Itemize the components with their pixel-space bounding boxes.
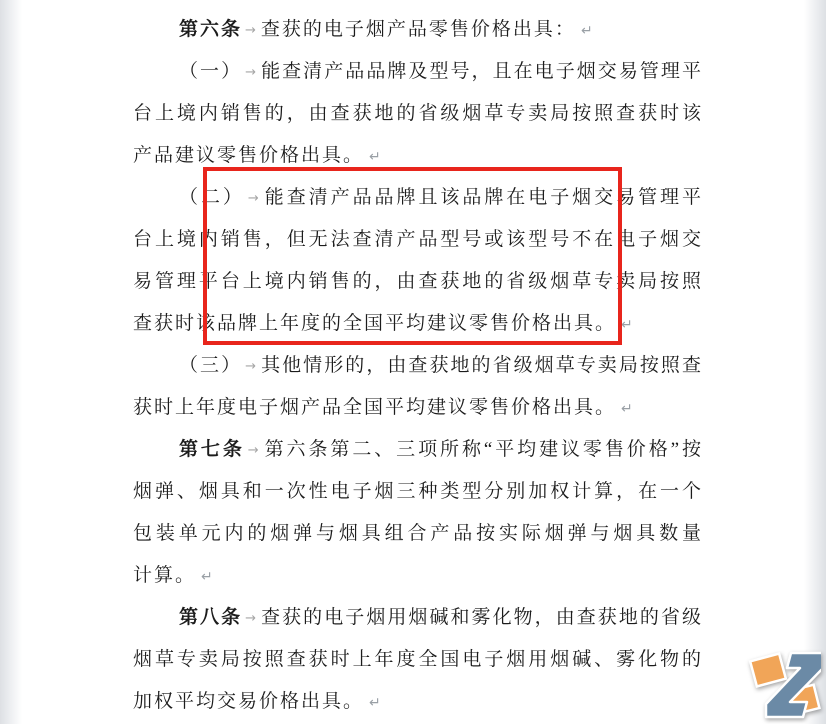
doc-line-article-7: 第七条→第六条第二、三项所称“平均建议零售价格”按 [133, 429, 703, 471]
paragraph-mark-icon: ↵ [364, 149, 381, 165]
tab-arrow-icon: → [242, 359, 261, 374]
doc-line: 计算。↵ [133, 555, 703, 597]
document-text-block: 第六条→查获的电子烟产品零售价格出具：↵ （一）→能查清产品品牌及型号，且在电子… [133, 9, 703, 723]
doc-line: （三）→其他情形的，由查获地的省级烟草专卖局按照查 [133, 345, 703, 387]
doc-line: 包装单元内的烟弹与烟具组合产品按实际烟弹与烟具数量 [133, 513, 703, 555]
line-text: 查获的电子烟产品零售价格出具： [261, 19, 576, 40]
doc-line-article-8: 第八条→查获的电子烟用烟碱和雾化物，由查获地的省级 [133, 597, 703, 639]
article-number: 第八条 [179, 607, 242, 628]
document-page: { "page": { "background": "#ffffff", "ed… [0, 0, 826, 724]
line-text: 其他情形的，由查获地的省级烟草专卖局按照查 [261, 355, 703, 376]
tab-arrow-icon: → [245, 443, 264, 458]
paragraph-mark-icon: ↵ [576, 23, 593, 39]
line-text: 第六条第二、三项所称“平均建议零售价格”按 [264, 439, 703, 460]
line-text: 包装单元内的烟弹与烟具组合产品按实际烟弹与烟具数量 [133, 523, 703, 544]
doc-line: 加权平均交易价格出具。↵ [133, 681, 703, 723]
line-text: 产品建议零售价格出具。 [133, 145, 364, 166]
clause-number: （一） [179, 61, 242, 82]
article-number: 第七条 [179, 439, 245, 460]
line-text: 加权平均交易价格出具。 [133, 691, 364, 712]
page-edge-left [0, 0, 22, 724]
doc-line: 台上境内销售的，由查获地的省级烟草专卖局按照查获时该 [133, 93, 703, 135]
line-text: 烟弹、烟具和一次性电子烟三种类型分别加权计算，在一个 [133, 481, 703, 502]
article-number: 第六条 [179, 19, 242, 40]
line-text: 查获的电子烟用烟碱和雾化物，由查获地的省级 [261, 607, 703, 628]
line-text: 烟草专卖局按照查获时上年度全国电子烟用烟碱、雾化物的 [133, 649, 703, 670]
logo-z-watermark [741, 645, 821, 723]
doc-line: 烟弹、烟具和一次性电子烟三种类型分别加权计算，在一个 [133, 471, 703, 513]
tab-arrow-icon: → [242, 611, 261, 626]
paragraph-mark-icon: ↵ [196, 569, 213, 585]
doc-line: 获时上年度电子烟产品全国平均建议零售价格出具。↵ [133, 387, 703, 429]
line-text: 获时上年度电子烟产品全国平均建议零售价格出具。 [133, 397, 616, 418]
paragraph-mark-icon: ↵ [616, 401, 633, 417]
paragraph-mark-icon: ↵ [364, 695, 381, 711]
line-text: 能查清产品品牌及型号，且在电子烟交易管理平 [261, 61, 703, 82]
red-annotation-rectangle [203, 167, 622, 345]
logo-z-icon [741, 645, 821, 723]
line-text: 台上境内销售的，由查获地的省级烟草专卖局按照查获时该 [133, 103, 703, 124]
tab-arrow-icon: → [242, 65, 261, 80]
doc-line: （一）→能查清产品品牌及型号，且在电子烟交易管理平 [133, 51, 703, 93]
tab-arrow-icon: → [242, 23, 261, 38]
doc-line: 烟草专卖局按照查获时上年度全国电子烟用烟碱、雾化物的 [133, 639, 703, 681]
doc-line-article-6: 第六条→查获的电子烟产品零售价格出具：↵ [133, 9, 703, 51]
clause-number: （三） [179, 355, 242, 376]
page-edge-right [804, 0, 826, 724]
line-text: 计算。 [133, 565, 196, 586]
